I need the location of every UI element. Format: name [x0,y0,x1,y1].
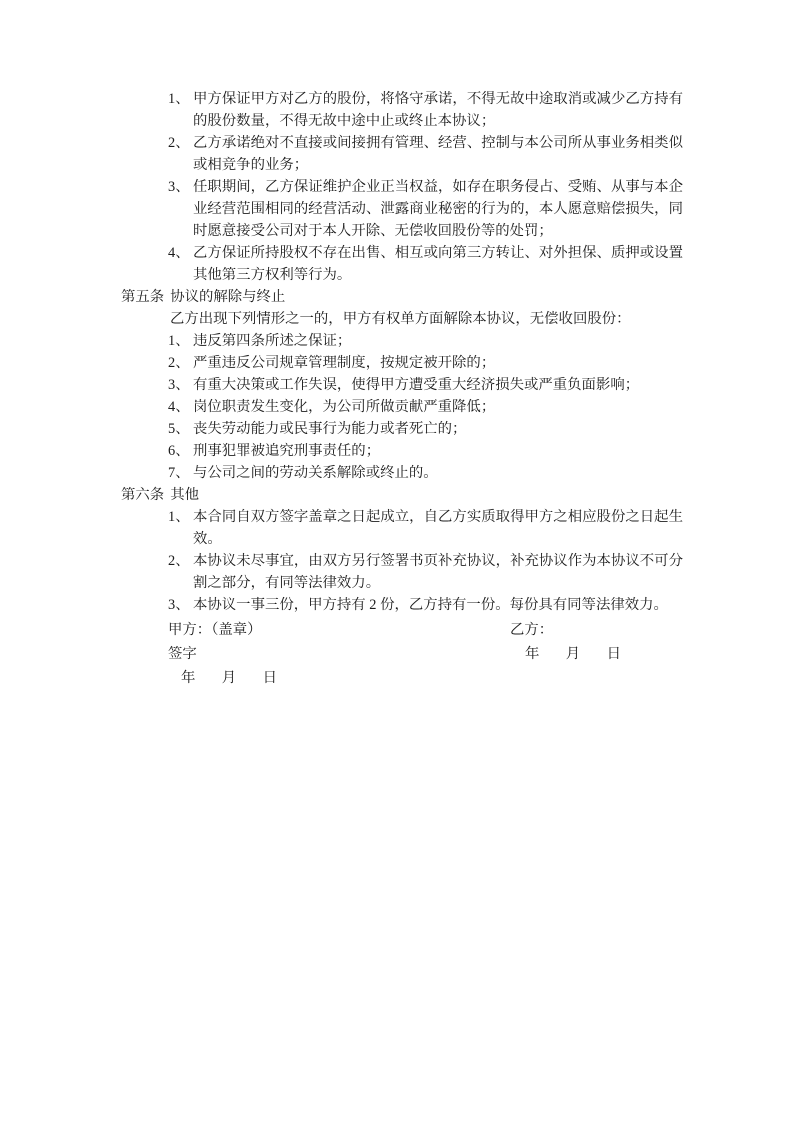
list-item: 2、 乙方承诺绝对不直接或间接拥有管理、经营、控制与本公司所从事业务相类似或相竞… [168,132,693,176]
list-item: 1、 违反第四条所述之保证； [168,330,693,352]
list-item-text: 丧失劳动能力或民事行为能力或者死亡的； [193,418,683,440]
list-item-number: 5、 [168,418,193,440]
list-item-number: 1、 [168,506,193,550]
list-item-text: 有重大决策或工作失误，使得甲方遭受重大经济损失或严重负面影响； [193,374,683,396]
list-item: 1、 甲方保证甲方对乙方的股份，将恪守承诺，不得无故中途取消或减少乙方持有的股份… [168,88,693,132]
list-item: 4、 岗位职责发生变化，为公司所做贡献严重降低； [168,396,693,418]
list-item: 4、 乙方保证所持股权不存在出售、相互或向第三方转让、对外担保、质押或设置其他第… [168,242,693,286]
list-item: 2、 严重违反公司规章管理制度，按规定被开除的； [168,352,693,374]
list-item: 1、 本合同自双方签字盖章之日起成立，自乙方实质取得甲方之相应股份之日起生效。 [168,506,693,550]
list-item-text: 违反第四条所述之保证； [193,330,683,352]
list-item: 5、 丧失劳动能力或民事行为能力或者死亡的； [168,418,693,440]
signature-block: 甲方：（盖章） 乙方： 签字 年 月 日 年 月 日 [121,618,693,690]
clause-heading: 第六条 其他 [121,484,693,506]
party-b-label: 乙方： [510,618,553,642]
list-item-number: 1、 [168,88,193,132]
list-item: 7、 与公司之间的劳动关系解除或终止的。 [168,462,693,484]
list-item-text: 严重违反公司规章管理制度，按规定被开除的； [193,352,683,374]
signature-row: 甲方：（盖章） 乙方： [121,618,693,642]
list-item-text: 本合同自双方签字盖章之日起成立，自乙方实质取得甲方之相应股份之日起生效。 [193,506,683,550]
list-item-number: 6、 [168,440,193,462]
list-item-number: 2、 [168,550,193,594]
signature-row: 签字 年 月 日 [121,642,693,666]
list-item-text: 岗位职责发生变化，为公司所做贡献严重降低； [193,396,683,418]
list-item-number: 4、 [168,396,193,418]
list-item-text: 乙方保证所持股权不存在出售、相互或向第三方转让、对外担保、质押或设置其他第三方权… [193,242,683,286]
list-item-text: 任职期间，乙方保证维护企业正当权益，如存在职务侵占、受贿、从事与本企业经营范围相… [193,176,683,242]
list-item: 3、 任职期间，乙方保证维护企业正当权益，如存在职务侵占、受贿、从事与本企业经营… [168,176,693,242]
list-item-number: 1、 [168,330,193,352]
list-item: 3、 本协议一事三份，甲方持有 2 份，乙方持有一份。每份具有同等法律效力。 [168,594,693,616]
list-item-text: 本协议一事三份，甲方持有 2 份，乙方持有一份。每份具有同等法律效力。 [193,594,683,616]
list-item: 2、 本协议未尽事宜，由双方另行签署书页补充协议，补充协议作为本协议不可分割之部… [168,550,693,594]
list-item-text: 与公司之间的劳动关系解除或终止的。 [193,462,683,484]
list-item-number: 2、 [168,132,193,176]
list-item-text: 乙方承诺绝对不直接或间接拥有管理、经营、控制与本公司所从事业务相类似或相竞争的业… [193,132,683,176]
party-a-date-line: 年 月 日 [181,666,283,690]
list-item-text: 本协议未尽事宜，由双方另行签署书页补充协议，补充协议作为本协议不可分割之部分，有… [193,550,683,594]
list-item-number: 2、 [168,352,193,374]
list-item: 6、 刑事犯罪被追究刑事责任的； [168,440,693,462]
party-b-date-line: 年 月 日 [525,642,627,666]
clause-title: 协议的解除与终止 [170,286,285,308]
list-item-number: 3、 [168,374,193,396]
list-item-number: 7、 [168,462,193,484]
document-page: 1、 甲方保证甲方对乙方的股份，将恪守承诺，不得无故中途取消或减少乙方持有的股份… [0,0,793,1122]
clause-intro: 乙方出现下列情形之一的，甲方有权单方面解除本协议，无偿收回股份： [170,308,693,330]
list-item-text: 甲方保证甲方对乙方的股份，将恪守承诺，不得无故中途取消或减少乙方持有的股份数量，… [193,88,683,132]
list-item-number: 3、 [168,594,193,616]
clause-label: 第五条 [121,286,164,308]
list-item-text: 刑事犯罪被追究刑事责任的； [193,440,683,462]
list-item-number: 4、 [168,242,193,286]
clause-heading: 第五条 协议的解除与终止 [121,286,693,308]
clause-label: 第六条 [121,484,164,506]
signature-row: 年 月 日 [121,666,693,690]
clause-title: 其他 [170,484,199,506]
document-content: 1、 甲方保证甲方对乙方的股份，将恪守承诺，不得无故中途取消或减少乙方持有的股份… [121,88,693,616]
list-item-number: 3、 [168,176,193,242]
list-item: 3、 有重大决策或工作失误，使得甲方遭受重大经济损失或严重负面影响； [168,374,693,396]
party-a-label: 甲方：（盖章） [168,618,262,642]
party-a-sign-label: 签字 [168,642,197,666]
